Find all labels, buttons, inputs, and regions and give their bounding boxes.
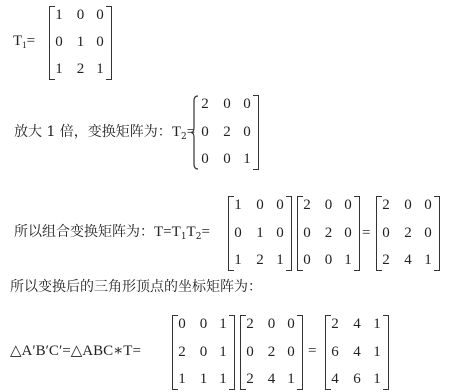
matrix-cell-r2-c1: 0 [379,225,393,241]
transformed-triangle-label: △A′B′C′ [10,343,62,359]
matrix-t2: 200020001 [195,95,259,170]
matrix-cell-r2-c1: 0 [231,225,245,241]
matrix-cell-r3-c1: 1 [52,61,66,77]
matrix-cell-r1-c3: 0 [273,197,287,213]
matrix-cell-r3-c1: 1 [175,371,189,387]
t-equals: = [163,224,171,240]
combined-prefix-text: 所以组合变换矩阵为： [14,224,154,240]
matrix-cell-r2-c3: 1 [216,344,230,360]
matrix-cell-r2-c1: 6 [328,344,342,360]
matrix-cell-r1-c3: 0 [284,316,298,332]
matrix-cell-r1-c1: 2 [328,316,342,332]
matrix-cell-r1-c1: 2 [300,197,314,213]
matrix-cell-r1-c1: 2 [198,96,212,112]
t1-label: T1= [13,33,35,53]
matrix-cell-r1-c1: 1 [52,7,66,23]
matrix-combined-a: 100010121 [228,196,292,271]
matrix-cell-r3-c1: 1 [231,252,245,268]
matrix-triangle-result: 241641461 [325,315,389,390]
matrix-cell-r1-c3: 0 [341,197,355,213]
matrix-cell-r1-c2: 0 [220,96,234,112]
matrix-cell-r3-c3: 1 [421,252,435,268]
matrix-cell-r2-c3: 0 [284,344,298,360]
matrix-cell-r1-c2: 0 [265,316,279,332]
matrix-cell-r1-c3: 0 [421,197,435,213]
product-equals: = [201,224,209,240]
matrix-cell-r1-c2: 0 [197,316,211,332]
matrix-triangle-t: 200020241 [240,315,303,390]
matrix-cell-r2-c2: 4 [350,344,364,360]
original-triangle-times-t: △ABC∗T [71,343,133,359]
matrix-cell-r1-c1: 0 [175,316,189,332]
matrix-cell-r2-c2: 1 [74,34,88,50]
matrix-cell-r3-c2: 0 [322,252,336,268]
matrix-cell-r3-c3: 1 [93,61,107,77]
matrix-cell-r2-c1: 0 [300,225,314,241]
matrix-cell-r2-c1: 0 [52,34,66,50]
matrix-cell-r3-c1: 0 [198,151,212,167]
matrix-cell-r2-c2: 2 [265,344,279,360]
triangle-equation: △A′B′C′=△ABC∗T= [10,343,141,359]
combined-transform-description: 所以组合变换矩阵为：T=T1T2= [14,224,210,245]
triangle-result-heading: 所以变换后的三角形顶点的坐标矩阵为： [10,279,262,295]
t2-ref: T [187,224,196,240]
matrix-cell-r2-c1: 0 [198,124,212,140]
matrix-cell-r2-c1: 0 [243,344,257,360]
matrix-cell-r3-c2: 4 [401,252,415,268]
triangle-result-equals: = [308,343,316,359]
matrix-cell-r1-c2: 0 [253,197,267,213]
matrix-cell-r3-c2: 2 [253,252,267,268]
matrix-cell-r3-c3: 1 [273,252,287,268]
matrix-cell-r1-c3: 0 [93,7,107,23]
matrix-cell-r2-c3: 0 [93,34,107,50]
matrix-cell-r1-c2: 4 [350,316,364,332]
matrix-cell-r3-c2: 1 [197,371,211,387]
matrix-cell-r3-c1: 0 [300,252,314,268]
matrix-combined-b: 200020001 [297,196,360,271]
matrix-cell-r1-c3: 1 [370,316,384,332]
matrix-cell-r3-c3: 1 [216,371,230,387]
matrix-triangle-abc: 001201111 [172,315,235,390]
matrix-cell-r2-c3: 0 [421,225,435,241]
matrix-cell-r1-c2: 0 [401,197,415,213]
matrix-cell-r2-c2: 1 [253,225,267,241]
matrix-cell-r3-c1: 4 [328,371,342,387]
matrix-t1: 100010121 [49,6,112,80]
matrix-cell-r3-c1: 2 [379,252,393,268]
matrix-cell-r2-c2: 2 [401,225,415,241]
t2-symbol: T [172,124,181,140]
matrix-cell-r1-c1: 2 [243,316,257,332]
matrix-cell-r2-c3: 1 [370,344,384,360]
matrix-cell-r1-c1: 1 [231,197,245,213]
matrix-cell-r2-c2: 2 [322,225,336,241]
matrix-cell-r1-c2: 0 [74,7,88,23]
matrix-cell-r3-c3: 1 [370,371,384,387]
matrix-cell-r2-c2: 2 [220,124,234,140]
matrix-combined-result: 200020241 [376,196,440,271]
triangle-product-equals: = [132,343,140,359]
matrix-cell-r3-c3: 1 [240,151,254,167]
matrix-cell-r1-c2: 0 [322,197,336,213]
matrix-cell-r3-c3: 1 [341,252,355,268]
scale-prefix-text: 放大 1 倍，变换矩阵为： [14,124,172,140]
matrix-cell-r3-c2: 4 [265,371,279,387]
matrix-cell-r2-c1: 2 [175,344,189,360]
triangle-equals: = [62,343,70,359]
t-symbol: T [154,224,163,240]
t1-ref: T [172,224,181,240]
matrix-cell-r1-c3: 0 [240,96,254,112]
t1-symbol: T [13,33,22,49]
matrix-cell-r3-c3: 1 [284,371,298,387]
matrix-cell-r2-c3: 0 [240,124,254,140]
matrix-cell-r3-c2: 2 [74,61,88,77]
scale-description: 放大 1 倍，变换矩阵为：T2= [14,124,195,145]
matrix-cell-r3-c2: 6 [350,371,364,387]
matrix-cell-r1-c3: 1 [216,316,230,332]
combined-result-equals: = [362,225,370,241]
matrix-cell-r3-c2: 0 [220,151,234,167]
matrix-cell-r3-c1: 2 [243,371,257,387]
matrix-cell-r1-c1: 2 [379,197,393,213]
matrix-cell-r2-c2: 0 [197,344,211,360]
matrix-cell-r2-c3: 0 [341,225,355,241]
t1-equals: = [27,33,35,49]
matrix-cell-r2-c3: 0 [273,225,287,241]
